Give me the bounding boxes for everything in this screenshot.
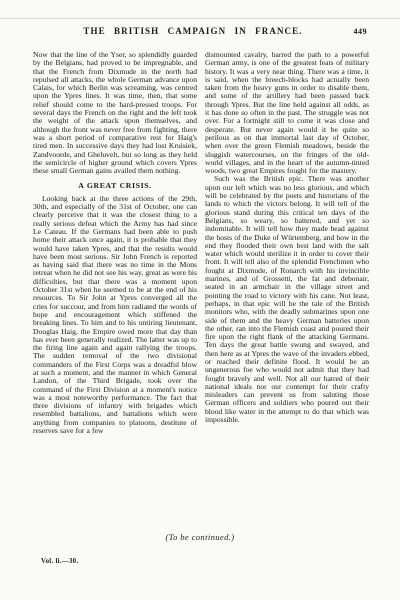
paragraph: Such was the British epic. There was ano… xyxy=(205,175,369,424)
volume-signature: Vol. li.—30. xyxy=(41,558,78,565)
running-header: THE BRITISH CAMPAIGN IN FRANCE. 449 xyxy=(33,26,369,38)
text-columns: Now that the line of the Yser, so splend… xyxy=(33,51,369,435)
book-page: THE BRITISH CAMPAIGN IN FRANCE. 449 Now … xyxy=(0,0,400,600)
page-number: 449 xyxy=(354,27,368,36)
scan-edge-line xyxy=(0,18,400,19)
paragraph: Looking back at the three actions of the… xyxy=(33,195,197,436)
right-column: dismounted cavalry, barred the path to a… xyxy=(205,51,369,435)
continuation-note: (To be continued.) xyxy=(0,532,400,542)
page-title: THE BRITISH CAMPAIGN IN FRANCE. xyxy=(33,26,353,36)
paragraph: dismounted cavalry, barred the path to a… xyxy=(205,51,369,175)
left-column: Now that the line of the Yser, so splend… xyxy=(33,51,197,435)
paragraph: Now that the line of the Yser, so splend… xyxy=(33,51,197,175)
section-heading: A GREAT CRISIS. xyxy=(33,182,197,190)
